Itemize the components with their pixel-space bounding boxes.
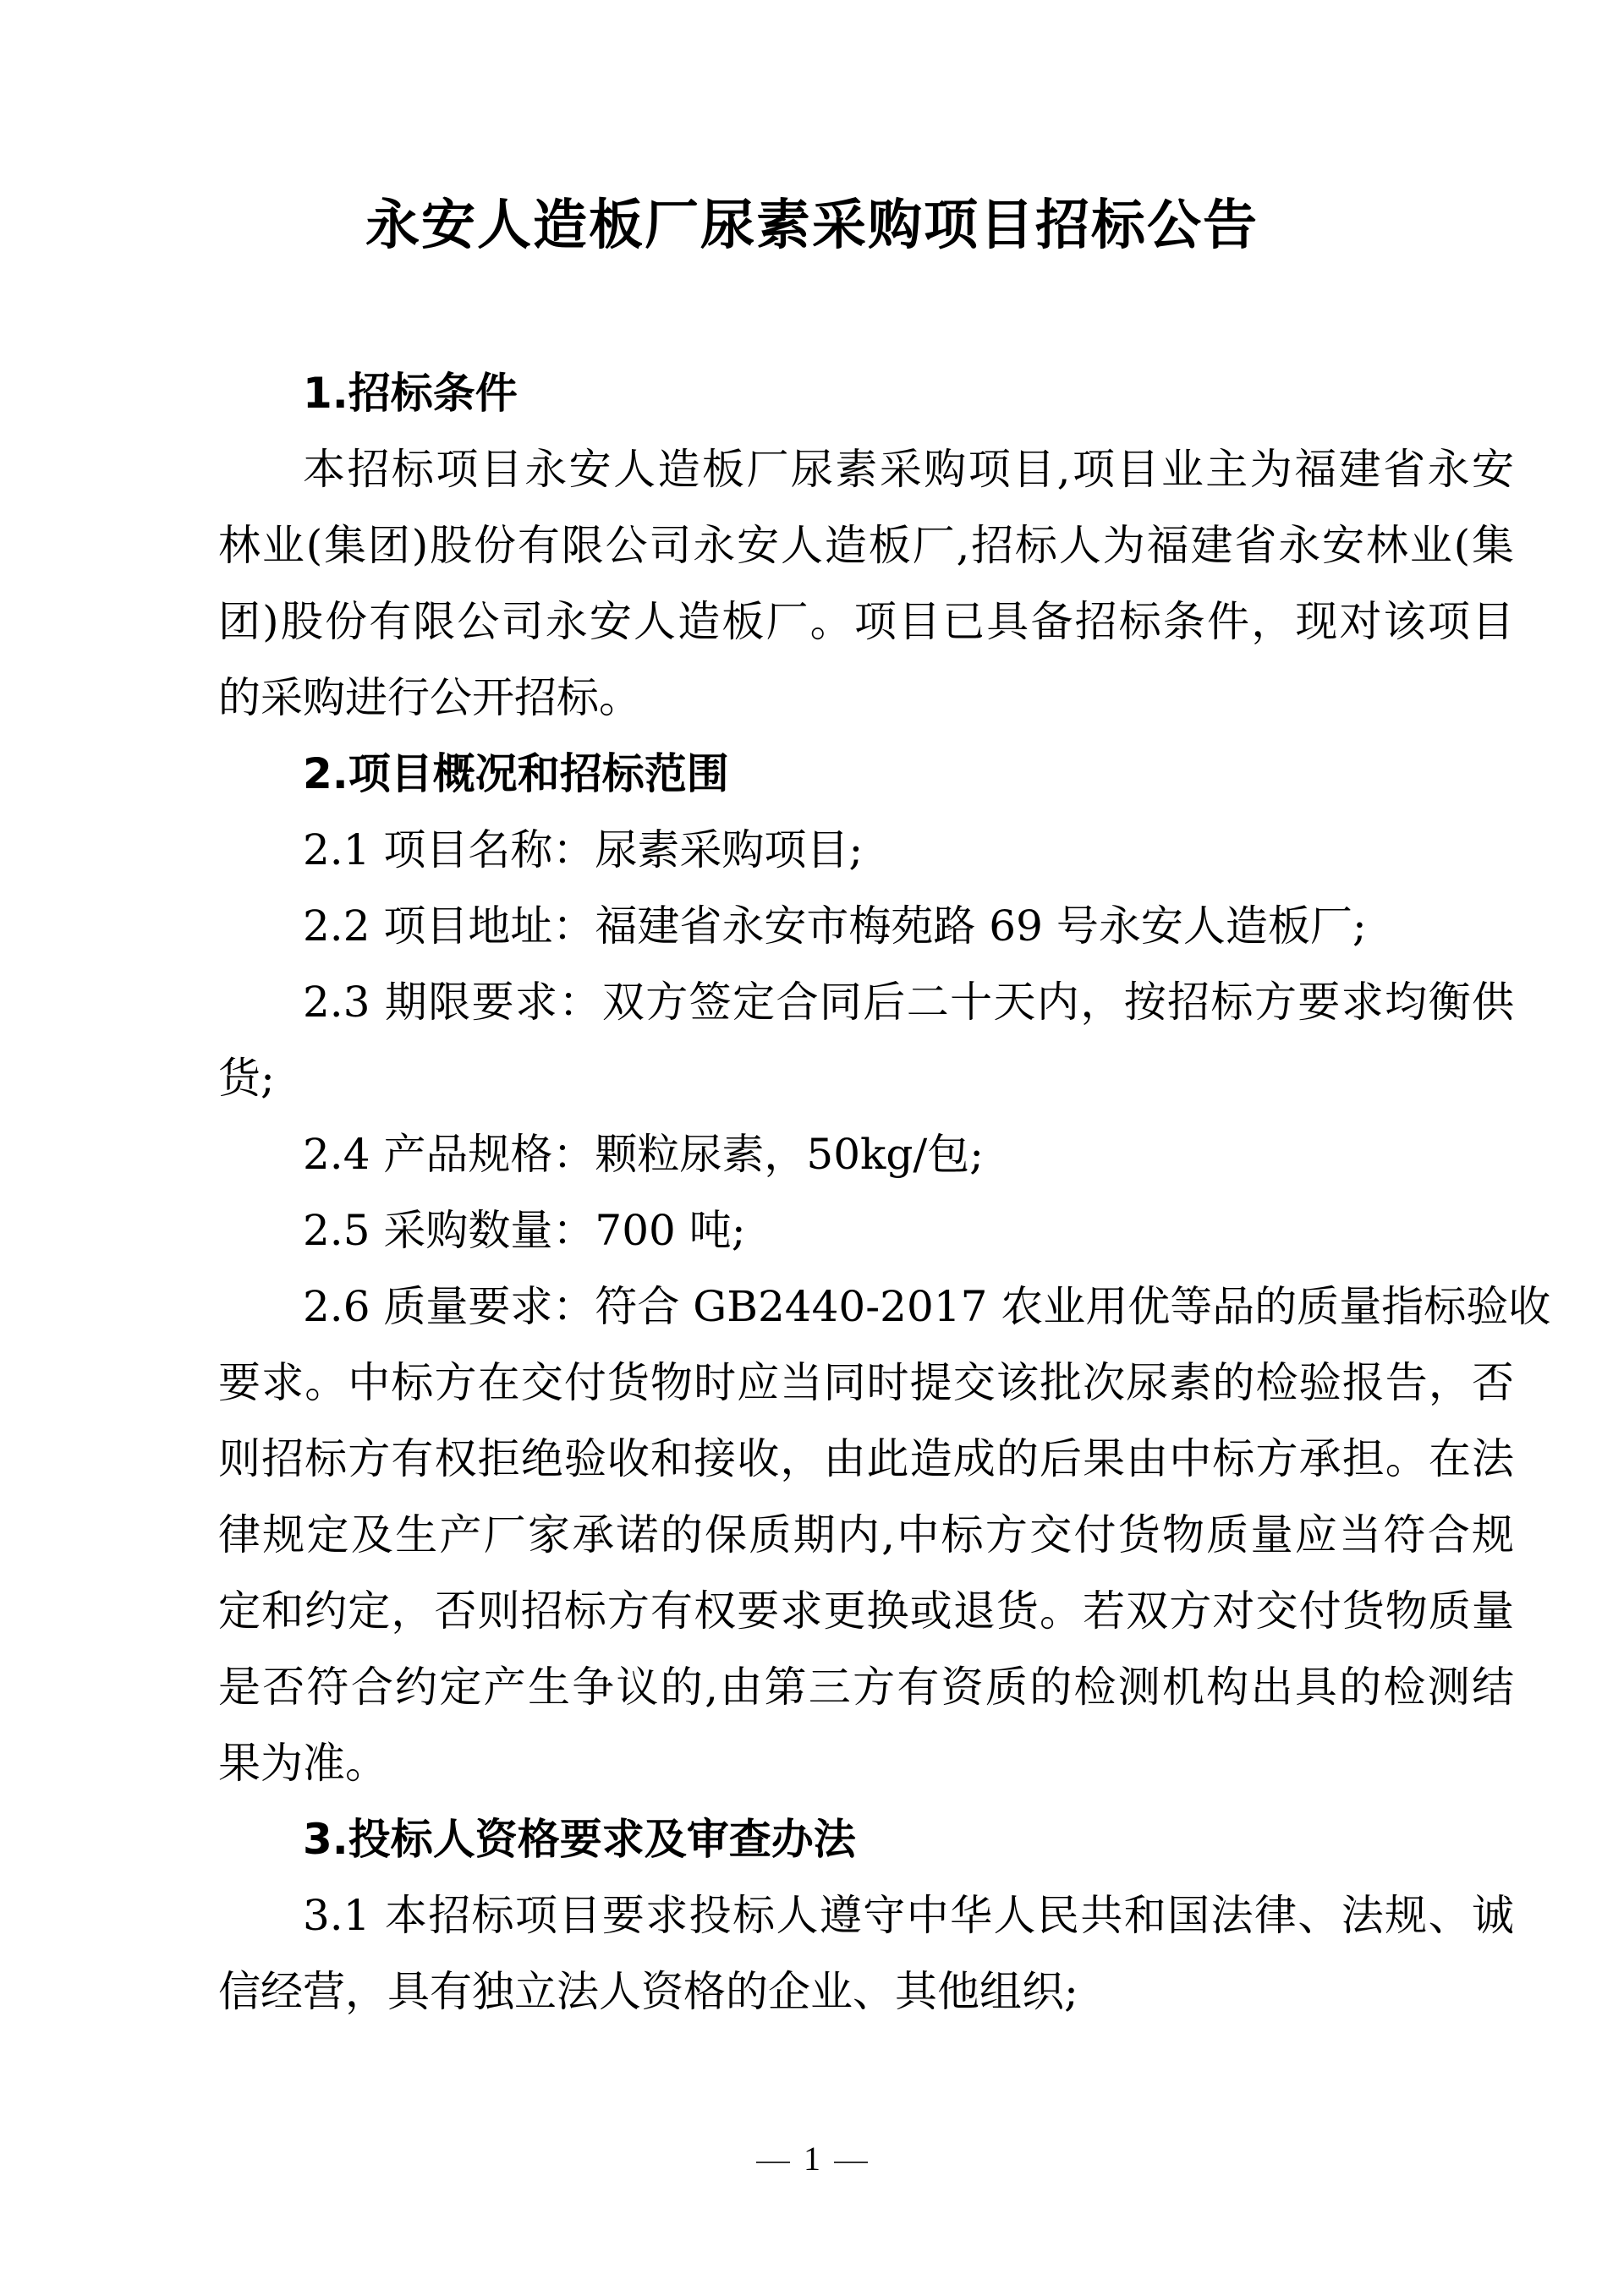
item-2-6-cont: 要求。中标方在交付货物时应当同时提交该批次尿素的检验报告，否 [218, 1345, 1514, 1421]
section-heading-2: 2.项目概况和招标范围 [218, 736, 1514, 812]
item-3-1-cont: 信经营，具有独立法人资格的企业、其他组织; [218, 1954, 1514, 2030]
document-title: 永安人造板厂尿素采购项目招标公告 [0, 188, 1624, 264]
page-number: 1 [804, 2140, 820, 2178]
item-2-5: 2.5 采购数量：700 吨; [218, 1192, 1514, 1269]
item-2-6-cont: 定和约定，否则招标方有权要求更换或退货。若双方对交付货物质量 [218, 1573, 1514, 1649]
item-2-6: 2.6 质量要求：符合 GB2440-2017 农业用优等品的质量指标验收 [218, 1269, 1514, 1345]
footer-dash-left [756, 2162, 790, 2163]
item-2-1: 2.1 项目名称：尿素采购项目; [218, 812, 1514, 888]
item-3-1: 3.1 本招标项目要求投标人遵守中华人民共和国法律、法规、诚 [218, 1877, 1514, 1954]
document-body: 1.招标条件 本招标项目永安人造板厂尿素采购项目,项目业主为福建省永安 林业(集… [218, 355, 1514, 2030]
footer-dash-right [834, 2162, 868, 2163]
document-page: 永安人造板厂尿素采购项目招标公告 1.招标条件 本招标项目永安人造板厂尿素采购项… [0, 0, 1624, 2296]
item-2-6-cont: 果为准。 [218, 1725, 1514, 1801]
section-heading-1: 1.招标条件 [218, 355, 1514, 431]
paragraph-line: 本招标项目永安人造板厂尿素采购项目,项目业主为福建省永安 [218, 431, 1514, 507]
item-2-6-cont: 律规定及生产厂家承诺的保质期内,中标方交付货物质量应当符合规 [218, 1497, 1514, 1573]
paragraph-line: 的采购进行公开招标。 [218, 660, 1514, 736]
item-2-3-cont: 货; [218, 1040, 1514, 1116]
item-2-3: 2.3 期限要求：双方签定合同后二十天内，按招标方要求均衡供 [218, 964, 1514, 1040]
item-2-6-cont: 则招标方有权拒绝验收和接收，由此造成的后果由中标方承担。在法 [218, 1421, 1514, 1497]
page-footer: 1 [0, 2138, 1624, 2180]
item-2-4: 2.4 产品规格：颗粒尿素，50kg/包; [218, 1116, 1514, 1192]
paragraph-line: 团)股份有限公司永安人造板厂。项目已具备招标条件，现对该项目 [218, 584, 1514, 660]
section-heading-3: 3.投标人资格要求及审查办法 [218, 1801, 1514, 1877]
item-2-6-cont: 是否符合约定产生争议的,由第三方有资质的检测机构出具的检测结 [218, 1649, 1514, 1725]
item-2-2: 2.2 项目地址：福建省永安市梅苑路 69 号永安人造板厂; [218, 888, 1514, 964]
paragraph-line: 林业(集团)股份有限公司永安人造板厂,招标人为福建省永安林业(集 [218, 507, 1514, 584]
